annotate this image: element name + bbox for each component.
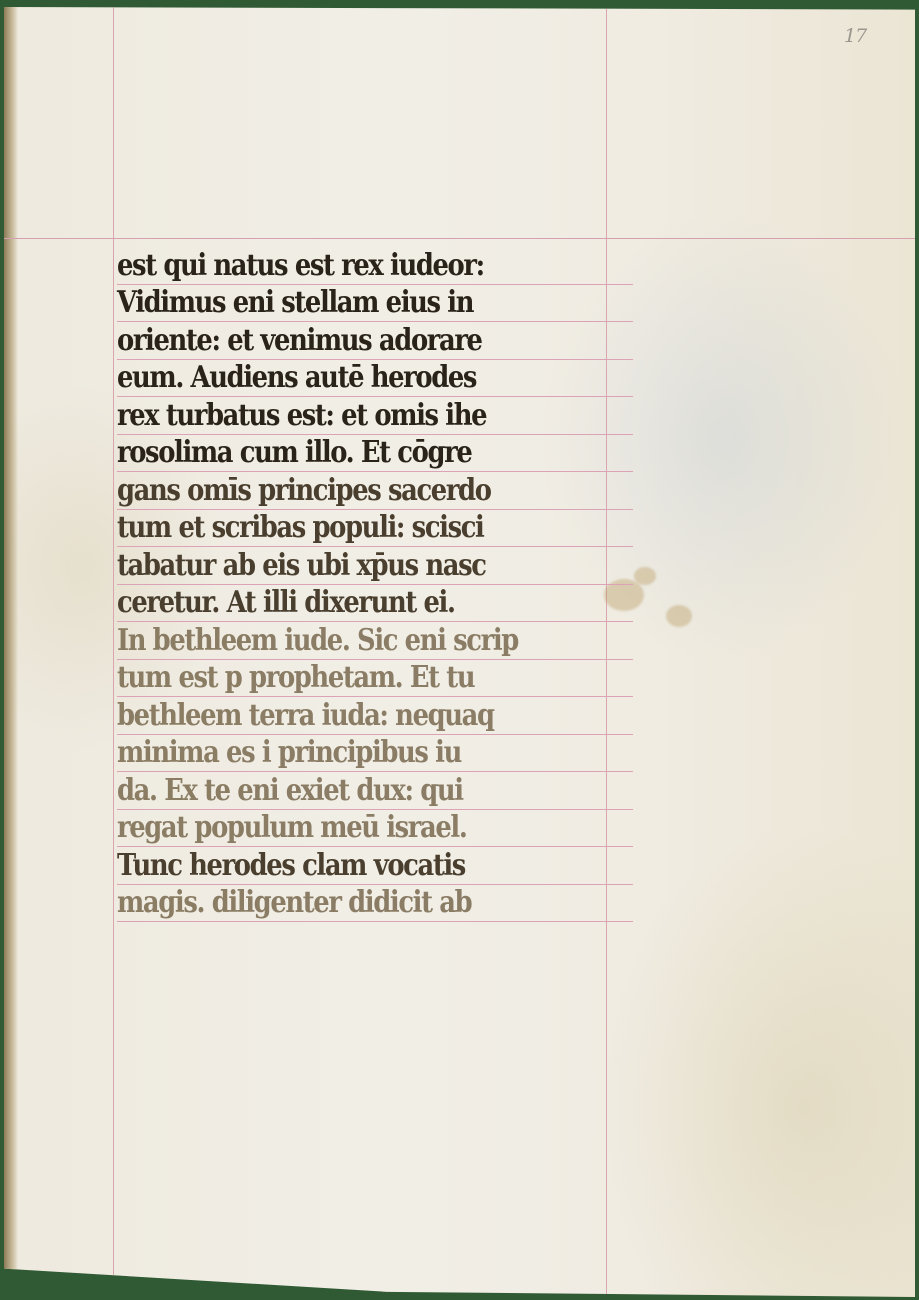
text-line: magis. diligenter didicit ab <box>113 885 633 923</box>
text-line: ceretur. At illi dixerunt ei. <box>113 585 633 623</box>
text-line: regat populum meū israel. <box>113 810 633 848</box>
stain <box>666 605 692 627</box>
text-line: minima es i principibus iu <box>113 735 633 773</box>
text-line: In bethleem iude. Sic eni scrip <box>113 622 633 660</box>
text-line: tum est p prophetam. Et tu <box>113 660 633 698</box>
text-line: eum. Audiens autē herodes <box>113 360 633 398</box>
text-line: tum et scribas populi: scisci <box>113 510 633 548</box>
binding-gutter <box>4 7 18 1297</box>
text-line: gans omīs principes sacerdo <box>113 472 633 510</box>
text-line: rosolima cum illo. Et cōgre <box>113 435 633 473</box>
text-line: est qui natus est rex iudeor: <box>113 247 633 285</box>
top-text-rule <box>4 238 915 239</box>
text-line: bethleem terra iuda: nequaq <box>113 697 633 735</box>
text-line: da. Ex te eni exiet dux: qui <box>113 772 633 810</box>
text-line: Vidimus eni stellam eius in <box>113 285 633 323</box>
text-block: est qui natus est rex iudeor: Vidimus en… <box>113 247 633 922</box>
manuscript-page: 17 est qui natus est rex iudeor: Vidimus… <box>4 7 915 1297</box>
text-line: Tunc herodes clam vocatis <box>113 847 633 885</box>
text-line: oriente: et venimus adorare <box>113 322 633 360</box>
folio-number: 17 <box>844 25 866 47</box>
text-line: tabatur ab eis ubi xp̄us nasc <box>113 547 633 585</box>
stain <box>634 567 656 585</box>
text-line: rex turbatus est: et omis ihe <box>113 397 633 435</box>
